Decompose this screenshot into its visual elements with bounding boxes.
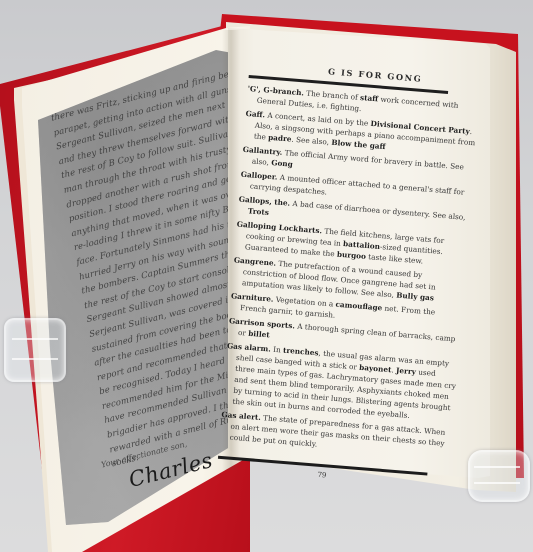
cross-reference: camouflage (335, 299, 382, 312)
acrylic-book-stand-left (4, 318, 66, 382)
right-page-content: G IS FOR GONG 'G', G-branch. The branch … (217, 60, 481, 489)
cross-reference: Gong (271, 158, 293, 169)
entry-headword: Gallantry. (243, 144, 283, 156)
cross-reference: Bully gas (396, 290, 434, 302)
entry-headword: Gangrene. (234, 255, 277, 267)
cross-reference: trenches (283, 345, 319, 357)
cross-reference: billet (248, 328, 270, 339)
cross-reference: Jerry (396, 365, 417, 376)
entry-headword: Garniture. (231, 291, 274, 303)
glossary-entries: 'G', G-branch. The branch of staff work … (219, 82, 479, 459)
cross-reference: Trots (248, 206, 270, 217)
photo-scene: there was Fritz, sticking up and firing … (0, 0, 533, 552)
entry-text: . See also, (291, 134, 332, 146)
entry-text: In (271, 344, 284, 354)
entry-headword: Gas alert. (221, 409, 261, 421)
entry-headword: Gallops, the. (238, 194, 290, 207)
cross-reference: padre (268, 132, 292, 143)
entry-headword: Gas alarm. (227, 341, 272, 353)
entry-headword: Gaff. (245, 108, 265, 119)
entry-headword: Galloper. (240, 169, 277, 181)
acrylic-book-stand-right (468, 450, 530, 502)
cross-reference: bayonet (359, 362, 392, 374)
cross-reference: battalion (343, 239, 381, 251)
cross-reference: burgoo (337, 249, 367, 260)
entry-headword: 'G', G-branch. (247, 83, 304, 96)
cross-reference: staff (360, 92, 379, 102)
